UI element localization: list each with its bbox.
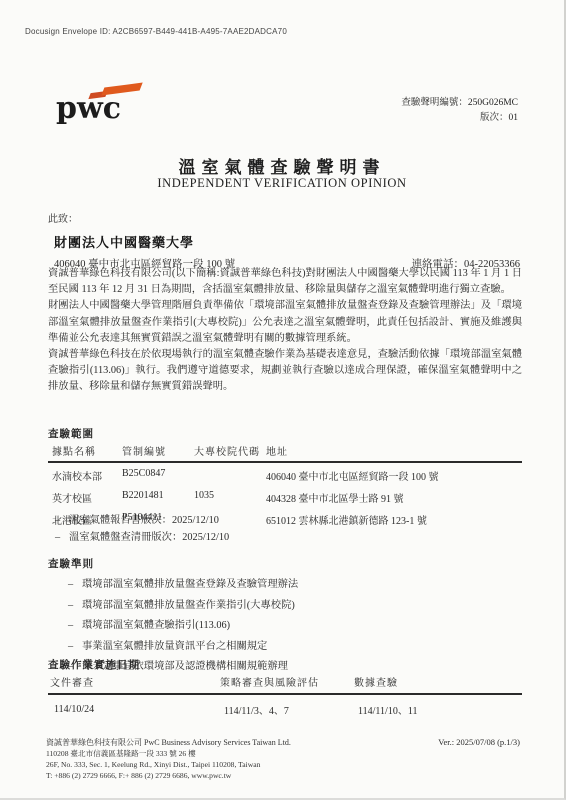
site-address: 404328 臺中市北區學士路 91 號 xyxy=(262,485,522,507)
site-name: 水湳校本部 xyxy=(48,462,118,485)
document-meta: 查驗聲明編號：250G026MC 版次：01 xyxy=(401,96,518,126)
footer-contact: T: +886 (2) 2729 6666, F:+ 886 (2) 2729 … xyxy=(46,770,520,781)
dash-marker: – xyxy=(55,530,69,547)
paragraph-management-responsibility: 財團法人中國醫藥大學管理階層負責準備依「環境部溫室氣體排放量盤查登錄及查驗管理辦… xyxy=(48,298,522,347)
schedule-header-row: 文件審查 策略審查與風險評估 數據查驗 xyxy=(48,672,522,694)
footer-address-en: 26F, No. 333, Sec. 1, Keelung Rd., Xinyi… xyxy=(46,759,520,770)
list-item: –環境部溫室氣體排放量盤查作業指引(大專校院) xyxy=(68,596,298,617)
report-version: 溫室氣體報告書版次：2025/12/10 xyxy=(69,515,219,526)
scope-heading: 查驗範圍 xyxy=(48,426,94,441)
dash-marker: – xyxy=(68,575,82,596)
schedule-col-data-verification: 數據查驗 xyxy=(352,672,522,694)
scope-col-address: 地址 xyxy=(262,442,522,462)
page-footer: 資誠普華綠色科技有限公司 PwC Business Advisory Servi… xyxy=(46,737,520,781)
body-paragraphs: 資誠普華綠色科技有限公司(以下簡稱:資誠普華綠色科技)對財團法人中國醫藥大學以民… xyxy=(48,266,522,396)
list-item: –溫室氣體報告書版次：2025/12/10 xyxy=(55,513,229,530)
schedule-col-strategic-review: 策略審查與風險評估 xyxy=(218,672,352,694)
criteria-item: 事業溫室氣體排放量資訊平台之相關規定 xyxy=(82,641,267,652)
dash-marker: – xyxy=(68,596,82,617)
dash-marker: – xyxy=(68,616,82,637)
pwc-logo-text: pwc xyxy=(56,94,121,124)
docusign-envelope-id: Docusign Envelope ID: A2CB6597-B449-441B… xyxy=(25,27,287,36)
version-number: 版次：01 xyxy=(401,111,518,126)
control-number: B25C0847 xyxy=(118,462,190,485)
list-item: –事業溫室氣體排放量資訊平台之相關規定 xyxy=(68,637,298,658)
scope-col-school-code: 大專校院代碼 xyxy=(190,442,262,462)
footer-address-zh: 110208 臺北市信義區基隆路一段 333 號 26 樓 xyxy=(46,748,520,759)
strategic-review-dates: 114/11/3、4、7 xyxy=(218,694,352,719)
recipient-name: 財團法人中國醫藥大學 xyxy=(54,232,520,251)
criteria-item: 環境部溫室氣體查驗指引(113.06) xyxy=(82,620,230,631)
data-verification-dates: 114/11/10、11 xyxy=(352,694,522,719)
paragraph-verifier-responsibility: 資誠普華綠色科技在於依現場執行的溫室氣體查驗作業為基礎表達意見，查驗活動依據「環… xyxy=(48,347,522,396)
schedule-table: 文件審查 策略審查與風險評估 數據查驗 114/10/24 114/11/3、4… xyxy=(48,672,522,719)
list-item: –環境部溫室氣體查驗指引(113.06) xyxy=(68,616,298,637)
pwc-logo: pwc xyxy=(56,84,146,134)
footer-version: Ver.: 2025/07/08 (p.1/3) xyxy=(438,737,520,748)
paragraph-scope-intro: 資誠普華綠色科技有限公司(以下簡稱:資誠普華綠色科技)對財團法人中國醫藥大學以民… xyxy=(48,266,522,298)
scope-notes: –溫室氣體報告書版次：2025/12/10 –溫室氣體盤查清冊版次：2025/1… xyxy=(55,513,229,546)
dash-marker: – xyxy=(68,637,82,658)
scope-col-site: 據點名稱 xyxy=(48,442,118,462)
site-name: 英才校區 xyxy=(48,485,118,507)
scope-table-header-row: 據點名稱 管制編號 大專校院代碼 地址 xyxy=(48,442,522,462)
schedule-heading: 查驗作業實施日期 xyxy=(48,657,140,672)
document-review-dates: 114/10/24 xyxy=(48,694,218,719)
recipient-block: 此致： 財團法人中國醫藥大學 406040 臺中市北屯區經貿路一段 100 號 … xyxy=(48,210,520,271)
schedule-col-document-review: 文件審查 xyxy=(48,672,218,694)
scope-col-control-no: 管制編號 xyxy=(118,442,190,462)
table-row: 英才校區 B2201481 1035 404328 臺中市北區學士路 91 號 xyxy=(48,485,522,507)
document-title-en: INDEPENDENT VERIFICATION OPINION xyxy=(0,176,564,191)
table-row: 水湳校本部 B25C0847 406040 臺中市北屯區經貿路一段 100 號 xyxy=(48,462,522,485)
school-code xyxy=(190,462,262,485)
document-page: Docusign Envelope ID: A2CB6597-B449-441B… xyxy=(0,0,566,800)
school-code: 1035 xyxy=(190,485,262,507)
criteria-item: 環境部溫室氣體排放量盤查登錄及查驗管理辦法 xyxy=(82,579,298,590)
list-item: –環境部溫室氣體排放量盤查登錄及查驗管理辦法 xyxy=(68,575,298,596)
salutation: 此致： xyxy=(48,210,520,225)
verification-opinion-number: 查驗聲明編號：250G026MC xyxy=(401,96,518,111)
criteria-item: 環境部溫室氣體排放量盤查作業指引(大專校院) xyxy=(82,600,295,611)
list-item: –溫室氣體盤查清冊版次：2025/12/10 xyxy=(55,530,229,547)
criteria-heading: 查驗準則 xyxy=(48,556,94,571)
document-title-zh: 溫室氣體查驗聲明書 xyxy=(0,153,564,178)
site-address: 406040 臺中市北屯區經貿路一段 100 號 xyxy=(262,462,522,485)
dash-marker: – xyxy=(55,513,69,530)
inventory-version: 溫室氣體盤查清冊版次：2025/12/10 xyxy=(69,532,229,543)
control-number: B2201481 xyxy=(118,485,190,507)
table-row: 114/10/24 114/11/3、4、7 114/11/10、11 xyxy=(48,694,522,719)
site-address: 651012 雲林縣北港鎮新德路 123-1 號 xyxy=(262,507,522,529)
